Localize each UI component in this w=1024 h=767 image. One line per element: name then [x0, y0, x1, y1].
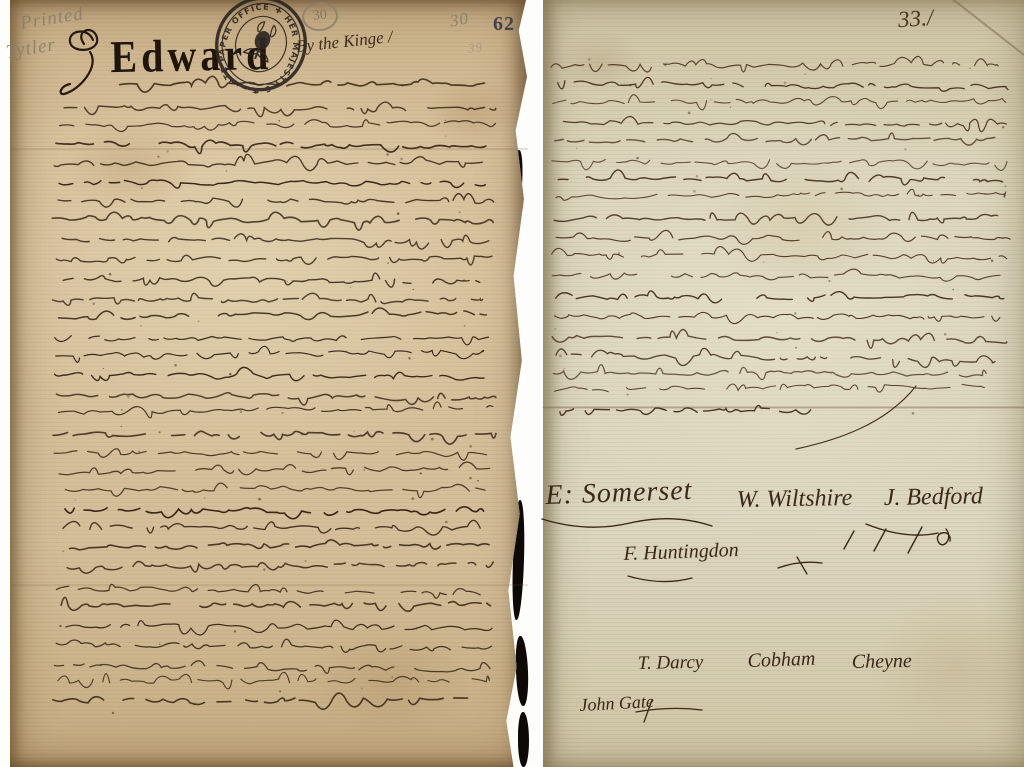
ink-fleck	[121, 426, 122, 427]
handwritten-text-line	[63, 273, 480, 287]
ink-fleck	[952, 289, 954, 291]
ink-fleck	[408, 357, 410, 359]
ink-fleck	[226, 170, 228, 172]
ink-fleck	[912, 412, 915, 415]
ink-fleck	[103, 368, 104, 369]
royal-paraph-flourish	[61, 30, 98, 94]
handwritten-text-line	[57, 393, 496, 405]
ink-fleck	[477, 480, 479, 482]
ink-fleck	[944, 333, 947, 336]
bedford-flourish	[844, 524, 950, 553]
ink-fleck	[969, 68, 971, 70]
ink-fleck	[387, 262, 389, 264]
ink-fleck	[386, 153, 389, 156]
handwritten-text-line	[58, 194, 494, 208]
handwritten-text-line	[70, 540, 490, 550]
handwritten-text-line	[58, 402, 493, 418]
ink-fleck	[279, 690, 281, 692]
handwritten-text-line	[556, 291, 1004, 303]
handwritten-text-line	[552, 269, 1000, 281]
ink-fleck	[62, 550, 64, 552]
stamped-folio-number: 62	[493, 13, 515, 36]
ink-fleck	[710, 99, 711, 100]
ink-fleck	[917, 194, 919, 196]
ink-fleck	[364, 469, 365, 470]
ink-fleck	[198, 320, 200, 322]
ink-fleck	[301, 433, 304, 436]
ink-fleck	[462, 698, 463, 699]
ink-fleck	[159, 431, 161, 433]
ink-fleck	[100, 664, 102, 666]
ink-fleck	[828, 280, 830, 282]
signature-somerset: E: Somerset	[545, 475, 693, 512]
ink-fleck	[830, 373, 831, 374]
handwritten-text-line	[53, 693, 468, 709]
handwritten-text-line	[65, 483, 485, 498]
handwritten-text-line	[552, 330, 1007, 349]
ink-fleck	[464, 325, 466, 327]
ink-fleck	[258, 498, 261, 501]
ink-fleck	[710, 78, 711, 79]
handwritten-text-line	[555, 312, 1000, 323]
handwritten-text-line	[558, 170, 1002, 185]
ink-fleck	[985, 193, 987, 195]
ink-fleck	[139, 451, 140, 452]
ink-fleck	[127, 395, 130, 398]
cross-mark	[778, 557, 822, 574]
ink-fleck	[445, 120, 446, 121]
ink-fleck	[391, 676, 393, 678]
handwritten-text-line	[59, 462, 490, 475]
ink-fleck	[819, 64, 821, 66]
handwritten-text-line	[67, 561, 493, 573]
ink-fleck	[166, 150, 169, 153]
handwritten-text-line	[62, 234, 489, 249]
ink-fleck	[636, 157, 638, 159]
signature-cheyne: Cheyne	[852, 650, 912, 674]
ink-fleck	[350, 287, 352, 289]
handwritten-text-line	[552, 160, 1007, 171]
ink-fleck	[688, 112, 691, 115]
ink-fleck	[445, 135, 447, 137]
handwritten-text-line	[560, 405, 811, 415]
ink-fleck	[263, 568, 265, 570]
ink-fleck	[159, 644, 161, 646]
ink-fleck	[140, 325, 142, 327]
handwritten-text-line	[552, 247, 1007, 264]
handwritten-text-line	[59, 180, 485, 188]
ink-fleck	[629, 84, 631, 86]
handwritten-text-line	[564, 116, 1007, 131]
handwritten-text-line	[56, 140, 486, 153]
handwritten-text-line	[55, 661, 491, 674]
handwritten-text-line	[64, 102, 496, 117]
ink-fleck	[459, 211, 461, 213]
signature-wiltshire: W. Wiltshire	[737, 485, 853, 514]
ink-fleck	[420, 472, 422, 474]
handwritten-text-line	[556, 230, 1010, 244]
handwritten-text-line	[558, 77, 1008, 91]
handwritten-text-line	[56, 584, 480, 598]
handwritten-text-line	[56, 255, 492, 265]
ink-fleck	[445, 521, 448, 524]
handwritten-text-line	[553, 95, 1006, 110]
handwritten-text-line	[61, 597, 490, 611]
ink-fleck	[763, 261, 765, 263]
ink-fleck	[353, 431, 354, 432]
ink-fleck	[469, 477, 472, 480]
ink-fleck	[204, 497, 205, 498]
handwritten-text-line	[53, 431, 496, 444]
ink-fleck	[157, 156, 159, 158]
stamp-thistle-emblem	[243, 19, 281, 64]
handwritten-text-line	[555, 384, 985, 392]
handwritten-text-line	[66, 620, 492, 635]
somerset-flourish	[542, 519, 712, 528]
ink-fleck	[469, 445, 472, 448]
ink-fleck	[141, 187, 143, 189]
ink-fleck	[795, 347, 797, 349]
ink-fleck	[109, 273, 112, 276]
ink-fleck	[229, 373, 231, 375]
ink-fleck	[487, 677, 489, 679]
handwritten-text-line	[55, 336, 489, 345]
ink-fleck	[415, 628, 417, 630]
ink-fleck	[174, 364, 177, 367]
ink-fleck	[933, 260, 934, 261]
pencil-folio-number: 30	[448, 9, 470, 32]
ink-fleck	[991, 260, 994, 263]
handwritten-text-line	[54, 154, 492, 170]
ink-fleck	[588, 58, 591, 61]
handwritten-text-line	[555, 133, 995, 145]
ink-fleck	[75, 499, 76, 500]
ink-fleck	[627, 394, 629, 396]
handwritten-text-line	[65, 507, 484, 519]
signature-gate: John Gate	[579, 691, 654, 716]
signature-bedford: J. Bedford	[884, 483, 984, 512]
ink-fleck	[794, 312, 797, 315]
ink-fleck	[93, 303, 95, 305]
ink-fleck	[696, 175, 699, 178]
ink-fleck	[664, 64, 666, 66]
ink-fleck	[400, 158, 403, 161]
ink-fleck	[693, 190, 696, 193]
handwritten-text-line	[58, 672, 489, 689]
signature-cobham: Cobham	[747, 648, 816, 673]
ink-fleck	[151, 239, 152, 240]
ink-fleck	[576, 148, 577, 149]
ink-fleck	[784, 82, 787, 85]
ink-fleck	[240, 410, 243, 413]
ink-fleck	[397, 212, 400, 215]
ink-fleck	[946, 359, 948, 361]
handwritten-text-line	[52, 212, 493, 230]
handwritten-text-line	[56, 346, 484, 362]
ink-fleck	[419, 180, 420, 181]
signature-huntingdon: F. Huntingdon	[623, 539, 739, 566]
ink-fleck	[234, 630, 236, 632]
ink-fleck	[112, 712, 114, 714]
handwritten-text-line	[55, 367, 484, 380]
scanned-manuscript: Printed Tytler Edward 30 By the Kinge / …	[0, 0, 1024, 767]
huntingdon-flourish	[628, 576, 692, 582]
ink-fleck	[361, 688, 362, 689]
faint-pencil-marks: 39	[467, 39, 484, 56]
ink-fleck	[413, 289, 415, 291]
closing-pen-flourish	[796, 386, 916, 449]
ink-fleck	[563, 368, 565, 370]
ink-fleck	[431, 438, 434, 441]
ink-fleck	[1004, 185, 1006, 187]
handwritten-text-line	[554, 212, 997, 225]
handwritten-text-line	[556, 189, 1006, 200]
ink-fleck	[412, 497, 415, 500]
handwritten-text-line	[56, 639, 491, 652]
handwritten-text-line	[60, 120, 496, 132]
ink-fleck	[554, 328, 556, 330]
handwritten-text-line	[553, 365, 986, 380]
ink-fleck	[121, 409, 123, 411]
ink-fleck	[840, 188, 843, 191]
handwritten-text-line	[63, 520, 480, 535]
ink-fleck	[281, 412, 283, 414]
ink-fleck	[730, 107, 731, 108]
handwritten-text-line	[59, 308, 487, 320]
signature-darcy: T. Darcy	[638, 652, 704, 675]
handwritten-text-line	[54, 449, 487, 461]
ink-fleck	[278, 120, 280, 122]
ink-fleck	[805, 74, 806, 75]
ink-fleck	[463, 279, 465, 281]
ink-fleck	[305, 560, 307, 562]
ink-fleck	[618, 252, 620, 254]
ink-fleck	[286, 281, 288, 283]
ink-folio-number: 33./	[897, 5, 934, 33]
ink-fleck	[904, 148, 906, 150]
ink-fleck	[468, 120, 469, 121]
ink-fleck	[59, 625, 61, 627]
ink-fleck	[776, 332, 778, 334]
ink-fleck	[107, 510, 108, 511]
handwritten-text-line	[551, 56, 998, 72]
ink-fleck	[559, 355, 562, 358]
ink-fleck	[139, 315, 140, 316]
ink-fleck	[402, 85, 404, 87]
ink-fleck	[368, 82, 369, 83]
handwritten-text-line	[53, 293, 483, 305]
ink-fleck	[1002, 126, 1004, 128]
handwritten-text-line	[556, 348, 995, 367]
